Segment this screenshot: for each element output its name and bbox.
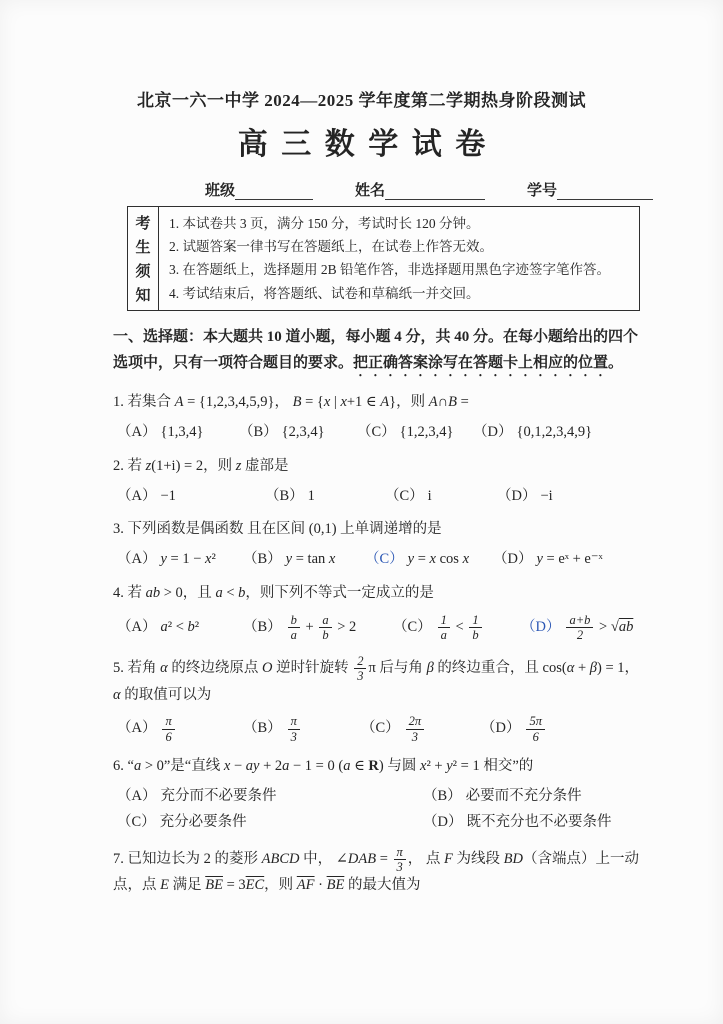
option-cell: （C）y = x cos x [365, 549, 493, 571]
notice-item: 1. 本试卷共 3 页，满分 150 分，考试时长 120 分钟。 [169, 212, 631, 235]
student-no-label: 学号 [527, 179, 557, 200]
option-cell: （D）既不充分也不必要条件 [423, 812, 653, 834]
option-body: {0,1,2,3,4,9} [516, 422, 592, 444]
option-cell: （A）π6 [117, 714, 243, 744]
question-3-options: （A）y = 1 − x² （B）y = tan x （C）y = x cos … [117, 549, 653, 571]
option-cell: （B）{2,3,4} [239, 422, 357, 444]
option-label: （B） [423, 786, 462, 808]
option-cell: （B）y = tan x [243, 549, 365, 571]
option-body: 2π3 [404, 714, 427, 744]
option-label: （D） [497, 486, 536, 508]
option-body: {2,3,4} [282, 422, 325, 444]
question-1-stem: 1. 若集合 A = {1,2,3,4,5,9}， B = {x | x+1 ∈… [113, 391, 649, 415]
class-blank-line [235, 182, 313, 200]
class-field: 班级 [205, 179, 313, 200]
question-7-stem: 7. 已知边长为 2 的菱形 ABCD 中， ∠DAB = π3， 点 F 为线… [113, 845, 649, 899]
option-label: （C） [361, 718, 400, 740]
option-label: （C） [385, 486, 424, 508]
notice-item: 3. 在答题纸上，选择题用 2B 铅笔作答，非选择题用黑色字迹签字笔作答。 [169, 258, 631, 281]
option-label: （B） [243, 718, 282, 740]
option-cell: （A）充分而不必要条件 [117, 786, 423, 808]
option-body: 充分必要条件 [160, 812, 247, 834]
option-body: 1a < 1b [436, 613, 484, 643]
option-cell: （A）y = 1 − x² [117, 549, 243, 571]
name-label: 姓名 [355, 179, 385, 200]
school-title: 北京一六一中学 2024—2025 学年度第二学期热身阶段测试 [0, 0, 723, 111]
student-id-row: 班级 姓名 学号 [205, 179, 723, 200]
question-6: 6. “a > 0”是“直线 x − ay + 2a − 1 = 0 (a ∈ … [113, 755, 653, 833]
option-label: （C） [365, 549, 404, 571]
option-cell: （D）a+b2 > √ab [521, 613, 653, 643]
option-body: ba + ab > 2 [286, 613, 357, 643]
name-blank-line [385, 182, 485, 200]
question-2-options: （A）−1 （B）1 （C）i （D）−i [117, 486, 653, 508]
question-3: 3. 下列函数是偶函数 且在区间 (0,1) 上单调递增的是 （A）y = 1 … [113, 518, 653, 571]
exam-title: 高三数学试卷 [0, 119, 723, 163]
question-5: 5. 若角 α 的终边绕原点 O 逆时针旋转 23π 后与角 β 的终边重合，且… [113, 654, 653, 744]
option-label: （A） [117, 422, 156, 444]
notice-items: 1. 本试卷共 3 页，满分 150 分，考试时长 120 分钟。 2. 试题答… [159, 207, 639, 310]
option-body: i [428, 486, 432, 508]
option-label: （B） [243, 617, 282, 639]
option-label: （A） [117, 486, 156, 508]
option-cell: （C）{1,2,3,4} [357, 422, 473, 444]
option-cell: （C）1a < 1b [393, 613, 521, 643]
option-cell: （D）{0,1,2,3,4,9} [473, 422, 653, 444]
option-cell: （B）必要而不充分条件 [423, 786, 653, 808]
question-6-stem: 6. “a > 0”是“直线 x − ay + 2a − 1 = 0 (a ∈ … [113, 755, 649, 779]
student-no-blank-line [557, 182, 653, 200]
notice-item: 4. 考试结束后，将答题纸、试卷和草稿纸一并交回。 [169, 282, 631, 305]
option-body: y = eˣ + e⁻ˣ [536, 549, 602, 571]
question-1: 1. 若集合 A = {1,2,3,4,5,9}， B = {x | x+1 ∈… [113, 391, 653, 444]
question-4-stem: 4. 若 ab > 0，且 a < b，则下列不等式一定成立的是 [113, 582, 649, 606]
option-body: y = 1 − x² [160, 549, 215, 571]
option-label: （B） [243, 549, 282, 571]
option-body: a+b2 > √ab [564, 613, 633, 643]
option-label: （B） [239, 422, 278, 444]
option-label: （A） [117, 786, 156, 808]
question-2: 2. 若 z(1+i) = 2，则 z 虚部是 （A）−1 （B）1 （C）i … [113, 455, 653, 508]
option-label: （C） [357, 422, 396, 444]
question-6-options: （A）充分而不必要条件 （B）必要而不充分条件 （C）充分必要条件 （D）既不充… [117, 786, 653, 834]
exam-paper-page: 北京一六一中学 2024—2025 学年度第二学期热身阶段测试 高三数学试卷 班… [0, 0, 723, 1024]
option-label: （D） [521, 617, 560, 639]
option-body: a² < b² [160, 617, 199, 639]
option-body: y = x cos x [408, 549, 469, 571]
notice-side-char: 知 [135, 284, 150, 305]
option-label: （D） [473, 422, 512, 444]
option-body: π6 [160, 714, 176, 744]
option-label: （A） [117, 718, 156, 740]
option-cell: （B）π3 [243, 714, 361, 744]
option-cell: （C）充分必要条件 [117, 812, 423, 834]
question-2-stem: 2. 若 z(1+i) = 2，则 z 虚部是 [113, 455, 649, 479]
option-cell: （D）y = eˣ + e⁻ˣ [493, 549, 653, 571]
option-cell: （D）5π6 [481, 714, 653, 744]
option-body: −i [540, 486, 552, 508]
question-7: 7. 已知边长为 2 的菱形 ABCD 中， ∠DAB = π3， 点 F 为线… [113, 845, 653, 899]
option-body: y = tan x [286, 549, 336, 571]
option-cell: （A）a² < b² [117, 617, 243, 639]
option-cell: （A）−1 [117, 486, 265, 508]
option-cell: （B）ba + ab > 2 [243, 613, 393, 643]
option-label: （C） [393, 617, 432, 639]
section-heading-emphasis: 把正确答案涂写在答题卡上相应的位置。 [353, 355, 623, 371]
option-body: {1,2,3,4} [400, 422, 454, 444]
question-5-options: （A）π6 （B）π3 （C）2π3 （D）5π6 [117, 714, 653, 744]
option-body: 5π6 [524, 714, 547, 744]
question-1-options: （A）{1,3,4} （B）{2,3,4} （C）{1,2,3,4} （D）{0… [117, 422, 653, 444]
option-cell: （B）1 [265, 486, 385, 508]
examinee-notice-box: 考 生 须 知 1. 本试卷共 3 页，满分 150 分，考试时长 120 分钟… [127, 206, 640, 311]
option-label: （D） [481, 718, 520, 740]
option-body: 既不充分也不必要条件 [466, 812, 611, 834]
option-label: （A） [117, 549, 156, 571]
notice-side-label: 考 生 须 知 [128, 207, 159, 310]
class-label: 班级 [205, 179, 235, 200]
option-cell: （C）i [385, 486, 497, 508]
option-body: π3 [286, 714, 302, 744]
student-no-field: 学号 [527, 179, 653, 200]
notice-side-char: 须 [135, 260, 150, 281]
option-body: 必要而不充分条件 [466, 786, 582, 808]
option-label: （C） [117, 812, 156, 834]
option-body: −1 [160, 486, 175, 508]
question-4-options: （A）a² < b² （B）ba + ab > 2 （C）1a < 1b （D）… [117, 613, 653, 643]
questions-area: 一、选择题：本大题共 10 道小题，每小题 4 分，共 40 分。在每小题给出的… [113, 324, 653, 898]
option-cell: （A）{1,3,4} [117, 422, 239, 444]
name-field: 姓名 [355, 179, 485, 200]
option-body: {1,3,4} [160, 422, 203, 444]
question-5-stem: 5. 若角 α 的终边绕原点 O 逆时针旋转 23π 后与角 β 的终边重合，且… [113, 654, 649, 708]
option-body: 充分而不必要条件 [160, 786, 276, 808]
notice-side-char: 生 [135, 236, 150, 257]
option-cell: （C）2π3 [361, 714, 481, 744]
question-4: 4. 若 ab > 0，且 a < b，则下列不等式一定成立的是 （A）a² <… [113, 582, 653, 643]
option-cell: （D）−i [497, 486, 653, 508]
option-label: （B） [265, 486, 304, 508]
section-heading: 一、选择题：本大题共 10 道小题，每小题 4 分，共 40 分。在每小题给出的… [113, 324, 641, 380]
option-body: 1 [308, 486, 315, 508]
notice-item: 2. 试题答案一律书写在答题纸上，在试卷上作答无效。 [169, 235, 631, 258]
option-label: （D） [493, 549, 532, 571]
notice-side-char: 考 [135, 212, 150, 233]
question-3-stem: 3. 下列函数是偶函数 且在区间 (0,1) 上单调递增的是 [113, 518, 649, 542]
option-label: （D） [423, 812, 462, 834]
option-label: （A） [117, 617, 156, 639]
